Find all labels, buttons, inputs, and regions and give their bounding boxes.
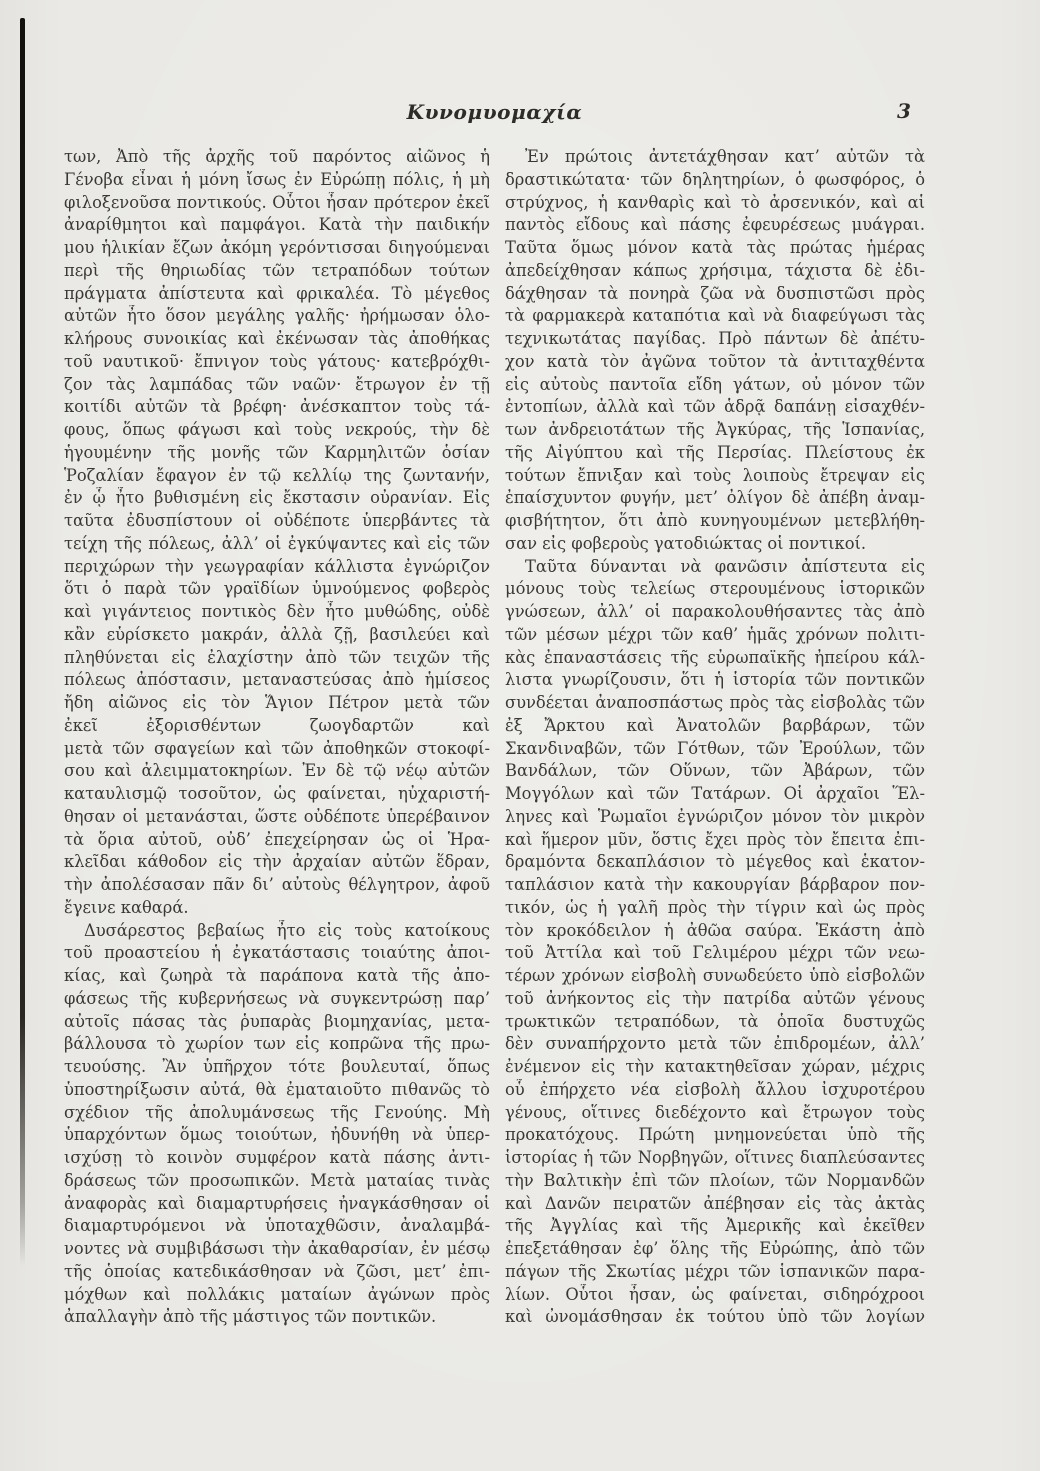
text-line: τὰ φαρμακερὰ καταπότια καὶ νὰ διαφεύγωσι… (505, 305, 925, 328)
text-line: τοῦ ἀνήκοντος εἰς τὴν πατρίδα αὐτῶν γένο… (505, 988, 925, 1011)
page-title: Κυνομυομαχία (64, 100, 925, 124)
text-line: πάγων τῆς Σκωτίας μέχρι τῶν ἱσπανικῶν πα… (505, 1261, 925, 1284)
text-line: Γένοβα εἶναι ἡ μόνη ἴσως ἐν Εὐρώπῃ πόλις… (64, 169, 490, 192)
text-line: τοῦ Ἀττίλα καὶ τοῦ Γελιμέρου μέχρι τῶν ν… (505, 942, 925, 965)
text-line: φάσεως τῆς κυβερνήσεως νὰ συγκεντρώσῃ πα… (64, 988, 490, 1011)
text-line: χον κατὰ τὸν ἀγῶνα τοῦτον τὰ ἀντιταχθέντ… (505, 351, 925, 374)
text-line: δραμόντα δεκαπλάσιον τὸ μέγεθος καὶ ἑκατ… (505, 851, 925, 874)
text-line: ἐν ᾧ ἦτο βυθισμένη εἰς ἔκστασιν οὐρανίαν… (64, 487, 490, 510)
text-line: Ἐν πρώτοις ἀντετάχθησαν κατ’ αὐτῶν τὰ (505, 146, 925, 169)
text-line: τῆς ὁποίας κατεδικάσθησαν νὰ ζῶσι, μετ’ … (64, 1261, 490, 1284)
text-line: νοντες νὰ συμβιβάσωσι τὴν ἀκαθαρσίαν, ἐν… (64, 1238, 490, 1261)
text-line: γένους, οἵτινες διεδέχοντο καὶ ἔτρωγον τ… (505, 1102, 925, 1125)
text-line: τείχη τῆς πόλεως, ἀλλ’ οἱ ἐγκύψαντες καὶ… (64, 533, 490, 556)
text-line: μόνους τοὺς τελείως στερουμένους ἱστορικ… (505, 578, 925, 601)
text-line: τικόν, ὡς ἡ γαλῆ πρὸς τὴν τίγριν καὶ ὡς … (505, 897, 925, 920)
text-line: βάλλουσα τὸ χωρίον των εἰς κοπρῶνα τῆς π… (64, 1033, 490, 1056)
text-line: καὶ ὠνομάσθησαν ἐκ τούτου ὑπὸ τῶν λογίων (505, 1306, 925, 1329)
text-line: ἱστορίας ἡ τῶν Νορβηγῶν, οἵτινες διαπλεύ… (505, 1147, 925, 1170)
text-line: ὅτι ὁ παρὰ τῶν γραϊδίων ὑμνούμενος φοβερ… (64, 578, 490, 601)
text-line: ἔγεινε καθαρά. (64, 897, 490, 920)
book-page: Κυνομυομαχία 3 των, Ἀπὸ τῆς ἀρχῆς τοῦ πα… (0, 0, 1040, 1471)
text-line: δράσεως τῶν προσωπικῶν. Μετὰ ματαίας τιν… (64, 1170, 490, 1193)
text-line: μόχθων καὶ πολλάκις ματαίων ἀγώνων πρὸς (64, 1284, 490, 1307)
text-line: κὰς ἐπαναστάσεις τῆς εὐρωπαϊκῆς ἠπείρου … (505, 647, 925, 670)
text-line: τῆς Ἀγγλίας καὶ τῆς Ἀμερικῆς καὶ ἐκεῖθεν (505, 1215, 925, 1238)
text-line: σχέδιον τῆς ἀπολυμάνσεως τῆς Γενούης. Μὴ (64, 1102, 490, 1125)
text-line: λιστα γνωρίζουσιν, ὅτι ἡ ἱστορία τῶν πον… (505, 669, 925, 692)
text-line: των, Ἀπὸ τῆς ἀρχῆς τοῦ παρόντος αἰῶνος ἡ (64, 146, 490, 169)
text-line: διαμαρτυρόμενοι νὰ ὑποταχθῶσιν, ἀναλαμβά… (64, 1215, 490, 1238)
text-line: ἀπεδείχθησαν κάπως χρήσιμα, τάχιστα δὲ ἐ… (505, 260, 925, 283)
text-line: ἐντοπίων, ἀλλὰ καὶ τῶν ἁδρᾷ δαπάνῃ εἰσαχ… (505, 396, 925, 419)
text-columns: των, Ἀπὸ τῆς ἀρχῆς τοῦ παρόντος αἰῶνος ἡ… (64, 146, 925, 1329)
text-line: δὲν συναπήρχοντο μετὰ τῶν ἐπιδρομέων, ἀλ… (505, 1033, 925, 1056)
text-line: ταῦτα ἐδυσπίστουν οἱ οὐδέποτε ὑπερβάντες… (64, 510, 490, 533)
text-line: Βανδάλων, τῶν Οὕνων, τῶν Ἀβάρων, τῶν (505, 760, 925, 783)
text-line: τέρων χρόνων εἰσβολὴ συνωδεύετο ὑπὸ εἰσβ… (505, 965, 925, 988)
text-line: ἐπεξετάθησαν ἐφ’ ὅλης τῆς Εὐρώπης, ἀπὸ τ… (505, 1238, 925, 1261)
text-line: μου ἡλικίαν ἔζων ἀκόμη γερόντισσαι διηγο… (64, 237, 490, 260)
text-line: κἂν εὑρίσκετο μακράν, ἀλλὰ ζῇ, βασιλεύει… (64, 624, 490, 647)
text-line: μετὰ τῶν σφαγείων καὶ τῶν ἀποθηκῶν στοκο… (64, 738, 490, 761)
text-line: περιχώρων τὴν γεωγραφίαν κάλλιστα ἐγνώρι… (64, 556, 490, 579)
text-line: φους, ὅπως φάγωσι καὶ τοὺς νεκρούς, τὴν … (64, 419, 490, 442)
text-line: περὶ τῆς θηριωδίας τῶν τετραπόδων τούτων (64, 260, 490, 283)
text-line: ταπλάσιον κατὰ τὴν κακουργίαν βάρβαρον π… (505, 874, 925, 897)
text-line: πράγματα ἀπίστευτα καὶ φρικαλέα. Τὸ μέγε… (64, 283, 490, 306)
text-line: τὸν κροκόδειλον ἡ ἀθῶα σαύρα. Ἑκάστη ἀπὸ (505, 920, 925, 943)
text-line: κλεῖδαι κάθοδον εἰς τὴν ἀρχαίαν αὐτῶν ἕδ… (64, 851, 490, 874)
text-column-left: των, Ἀπὸ τῆς ἀρχῆς τοῦ παρόντος αἰῶνος ἡ… (64, 146, 490, 1329)
text-line: θησαν οἱ μετανάσται, ὥστε οὐδέποτε ὑπερέ… (64, 806, 490, 829)
text-line: ληνες καὶ Ῥωμαῖοι ἐγνώριζον μόνον τὸν μι… (505, 806, 925, 829)
text-line: ἀναρίθμητοι καὶ παμφάγοι. Κατὰ τὴν παιδι… (64, 214, 490, 237)
text-line: σαν εἰς φοβεροὺς γατοδιώκτας οἱ ποντικοί… (505, 533, 925, 556)
text-line: Δυσάρεστος βεβαίως ἦτο εἰς τοὺς κατοίκου… (64, 920, 490, 943)
text-line: δραστικώτατα· τῶν δηλητηρίων, ὁ φωσφόρος… (505, 169, 925, 192)
text-line: φισβήτητον, ὅτι ἀπὸ κυνηγουμένων μετεβλή… (505, 510, 925, 533)
text-line: λίων. Οὗτοι ἦσαν, ὡς φαίνεται, σιδηρόχρο… (505, 1284, 925, 1307)
text-line: δάχθησαν τὰ πονηρὰ ζῶα νὰ δυσπιστῶσι πρὸ… (505, 283, 925, 306)
text-line: ζον τὰς λαμπάδας τῶν ναῶν· ἔτρωγον ἐν τῇ (64, 374, 490, 397)
text-line: γνώσεων, ἀλλ’ οἱ παρακολουθήσαντες τὰς ἀ… (505, 601, 925, 624)
text-line: τὴν Βαλτικὴν ἐπὶ τῶν πλοίων, τῶν Νορμανδ… (505, 1170, 925, 1193)
text-line: αὐτῶν ἦτο ὅσον μεγάλης γαλῆς· ἠρήμωσαν ὁ… (64, 305, 490, 328)
text-line: προκατόχους. Πρώτη μνημονεύεται ὑπὸ τῆς (505, 1124, 925, 1147)
text-line: παντὸς εἴδους καὶ πάσης ἐφευρέσεως μυάγρ… (505, 214, 925, 237)
page-number: 3 (884, 99, 924, 123)
text-line: κίας, καὶ ζωηρὰ τὰ παράπονα κατὰ τῆς ἀπο… (64, 965, 490, 988)
text-line: Μογγόλων καὶ τῶν Τατάρων. Οἱ ἀρχαῖοι Ἕλ- (505, 783, 925, 806)
text-line: τὰ ὅρια αὐτοῦ, οὐδ’ ἐπεχείρησαν ὡς οἱ Ἡρ… (64, 829, 490, 852)
text-line: ὑπαρχόντων ὅμως τοιούτων, ἠδυνήθη νὰ ὑπε… (64, 1124, 490, 1147)
text-line: των ἀνδρειοτάτων τῆς Ἀγκύρας, τῆς Ἱσπανί… (505, 419, 925, 442)
text-line: κοιτίδι αὐτῶν τὰ βρέφη· ἀνέσκαπτον τοὺς … (64, 396, 490, 419)
text-line: τῶν μέσων μέχρι τῶν καθ’ ἡμᾶς χρόνων πολ… (505, 624, 925, 647)
text-line: Ῥοζαλίαν ἔφαγον ἐν τῷ κελλίῳ της ζωντανή… (64, 465, 490, 488)
binding-shadow-line (20, 18, 25, 1266)
text-line: Ταῦτα δύνανται νὰ φανῶσιν ἀπίστευτα εἰς (505, 556, 925, 579)
text-line: ἀναφορὰς καὶ διαμαρτυρήσεις ἠναγκάσθησαν… (64, 1193, 490, 1216)
text-line: συνδέεται ἀναποσπάστως πρὸς τὰς εἰσβολὰς… (505, 692, 925, 715)
text-line: φιλοξενοῦσα ποντικούς. Οὗτοι ἦσαν πρότερ… (64, 192, 490, 215)
text-line: ἡγουμένην τῆς μονῆς τῶν Καρμηλιτῶν ὁσίαν (64, 442, 490, 465)
text-line: πόλεως ἀπόστασιν, μεταναστεύσας ἀπὸ ἡμίσ… (64, 669, 490, 692)
text-line: οὗ ἐπήρχετο νέα εἰσβολὴ ἄλλου ἰσχυροτέρο… (505, 1079, 925, 1102)
text-line: ἐκεῖ ἐξορισθέντων ζωογδαρτῶν καὶ ἀλλαντο… (64, 715, 490, 738)
text-line: εἰς αὐτοὺς παντοῖα εἴδη γάτων, οὐ μόνον … (505, 374, 925, 397)
text-line: Ταῦτα ὅμως μόνον κατὰ τὰς πρώτας ἡμέρας (505, 237, 925, 260)
text-line: Σκανδιναβῶν, τῶν Γότθων, τῶν Ἐρούλων, τῶ… (505, 738, 925, 761)
text-line: καὶ ἥμερον μῦν, ὅστις ἔχει πρὸς τὸν ἔπει… (505, 829, 925, 852)
text-line: τούτων ἔπνιξαν καὶ τοὺς λοιποὺς ἔτρεψαν … (505, 465, 925, 488)
text-line: στρύχνος, ἡ κανθαρὶς καὶ τὸ ἀρσενικόν, κ… (505, 192, 925, 215)
text-line: σου καὶ ἀλειμματοκηρίων. Ἐν δὲ τῷ νέῳ αὐ… (64, 760, 490, 783)
text-line: τεχνικωτάτας παγίδας. Πρὸ πάντων δὲ ἀπέτ… (505, 328, 925, 351)
text-line: τὴν ἀπολέσασαν πᾶν δι’ αὐτοὺς θέλγητρον,… (64, 874, 490, 897)
text-line: τοῦ προαστείου ἡ ἐγκατάστασις τοιαύτης ἀ… (64, 942, 490, 965)
text-line: ὑποστηρίξωσιν αὐτά, θὰ ἐματαιοῦτο πιθανῶ… (64, 1079, 490, 1102)
text-line: ἀπαλλαγὴν ἀπὸ τῆς μάστιγος τῶν ποντικῶν. (64, 1306, 490, 1329)
text-line: ἐπαίσχυντον φυγήν, μετ’ ὀλίγον δὲ ἀπέβη … (505, 487, 925, 510)
text-line: αὐτοῖς πάσας τὰς ῥυπαρὰς βιομηχανίας, με… (64, 1011, 490, 1034)
text-line: καὶ Δανῶν πειρατῶν ἀπέβησαν εἰς τὰς ἀκτὰ… (505, 1193, 925, 1216)
text-line: καὶ γιγάντειος ποντικὸς δὲν ἦτο μυθώδης,… (64, 601, 490, 624)
text-line: ισχύσῃ τὸ κοινὸν συμφέρον κατὰ πάσης ἀντ… (64, 1147, 490, 1170)
text-line: τῆς Αἰγύπτου καὶ τῆς Περσίας. Πλείστους … (505, 442, 925, 465)
text-column-right: Ἐν πρώτοις ἀντετάχθησαν κατ’ αὐτῶν τὰδρα… (505, 146, 925, 1329)
text-line: πληθύνεται εἰς ἐλαχίστην ἀπὸ τῶν τειχῶν … (64, 647, 490, 670)
text-line: ἐξ Ἄρκτου καὶ Ἀνατολῶν βαρβάρων, τῶν (505, 715, 925, 738)
text-line: ἤδη αἰῶνος εἰς τὸν Ἅγιον Πέτρον μετὰ τῶν (64, 692, 490, 715)
text-line: κλήρους συνοικίας καὶ ἐκένωσαν τὰς ἀποθή… (64, 328, 490, 351)
text-line: τοῦ ναυτικοῦ· ἔπνιγον τοὺς γάτους· κατεβ… (64, 351, 490, 374)
text-line: ἐνέμενον εἰς τὴν κατακτηθεῖσαν χώραν, μέ… (505, 1056, 925, 1079)
text-line: καταυλισμῷ τοσοῦτον, ὡς φαίνεται, ηὐχαρι… (64, 783, 490, 806)
text-line: τρωκτικῶν τετραπόδων, τὰ ὁποῖα δυστυχῶς (505, 1011, 925, 1034)
text-line: τευούσης. Ἂν ὑπῆρχον τότε βουλευταί, ὅπω… (64, 1056, 490, 1079)
